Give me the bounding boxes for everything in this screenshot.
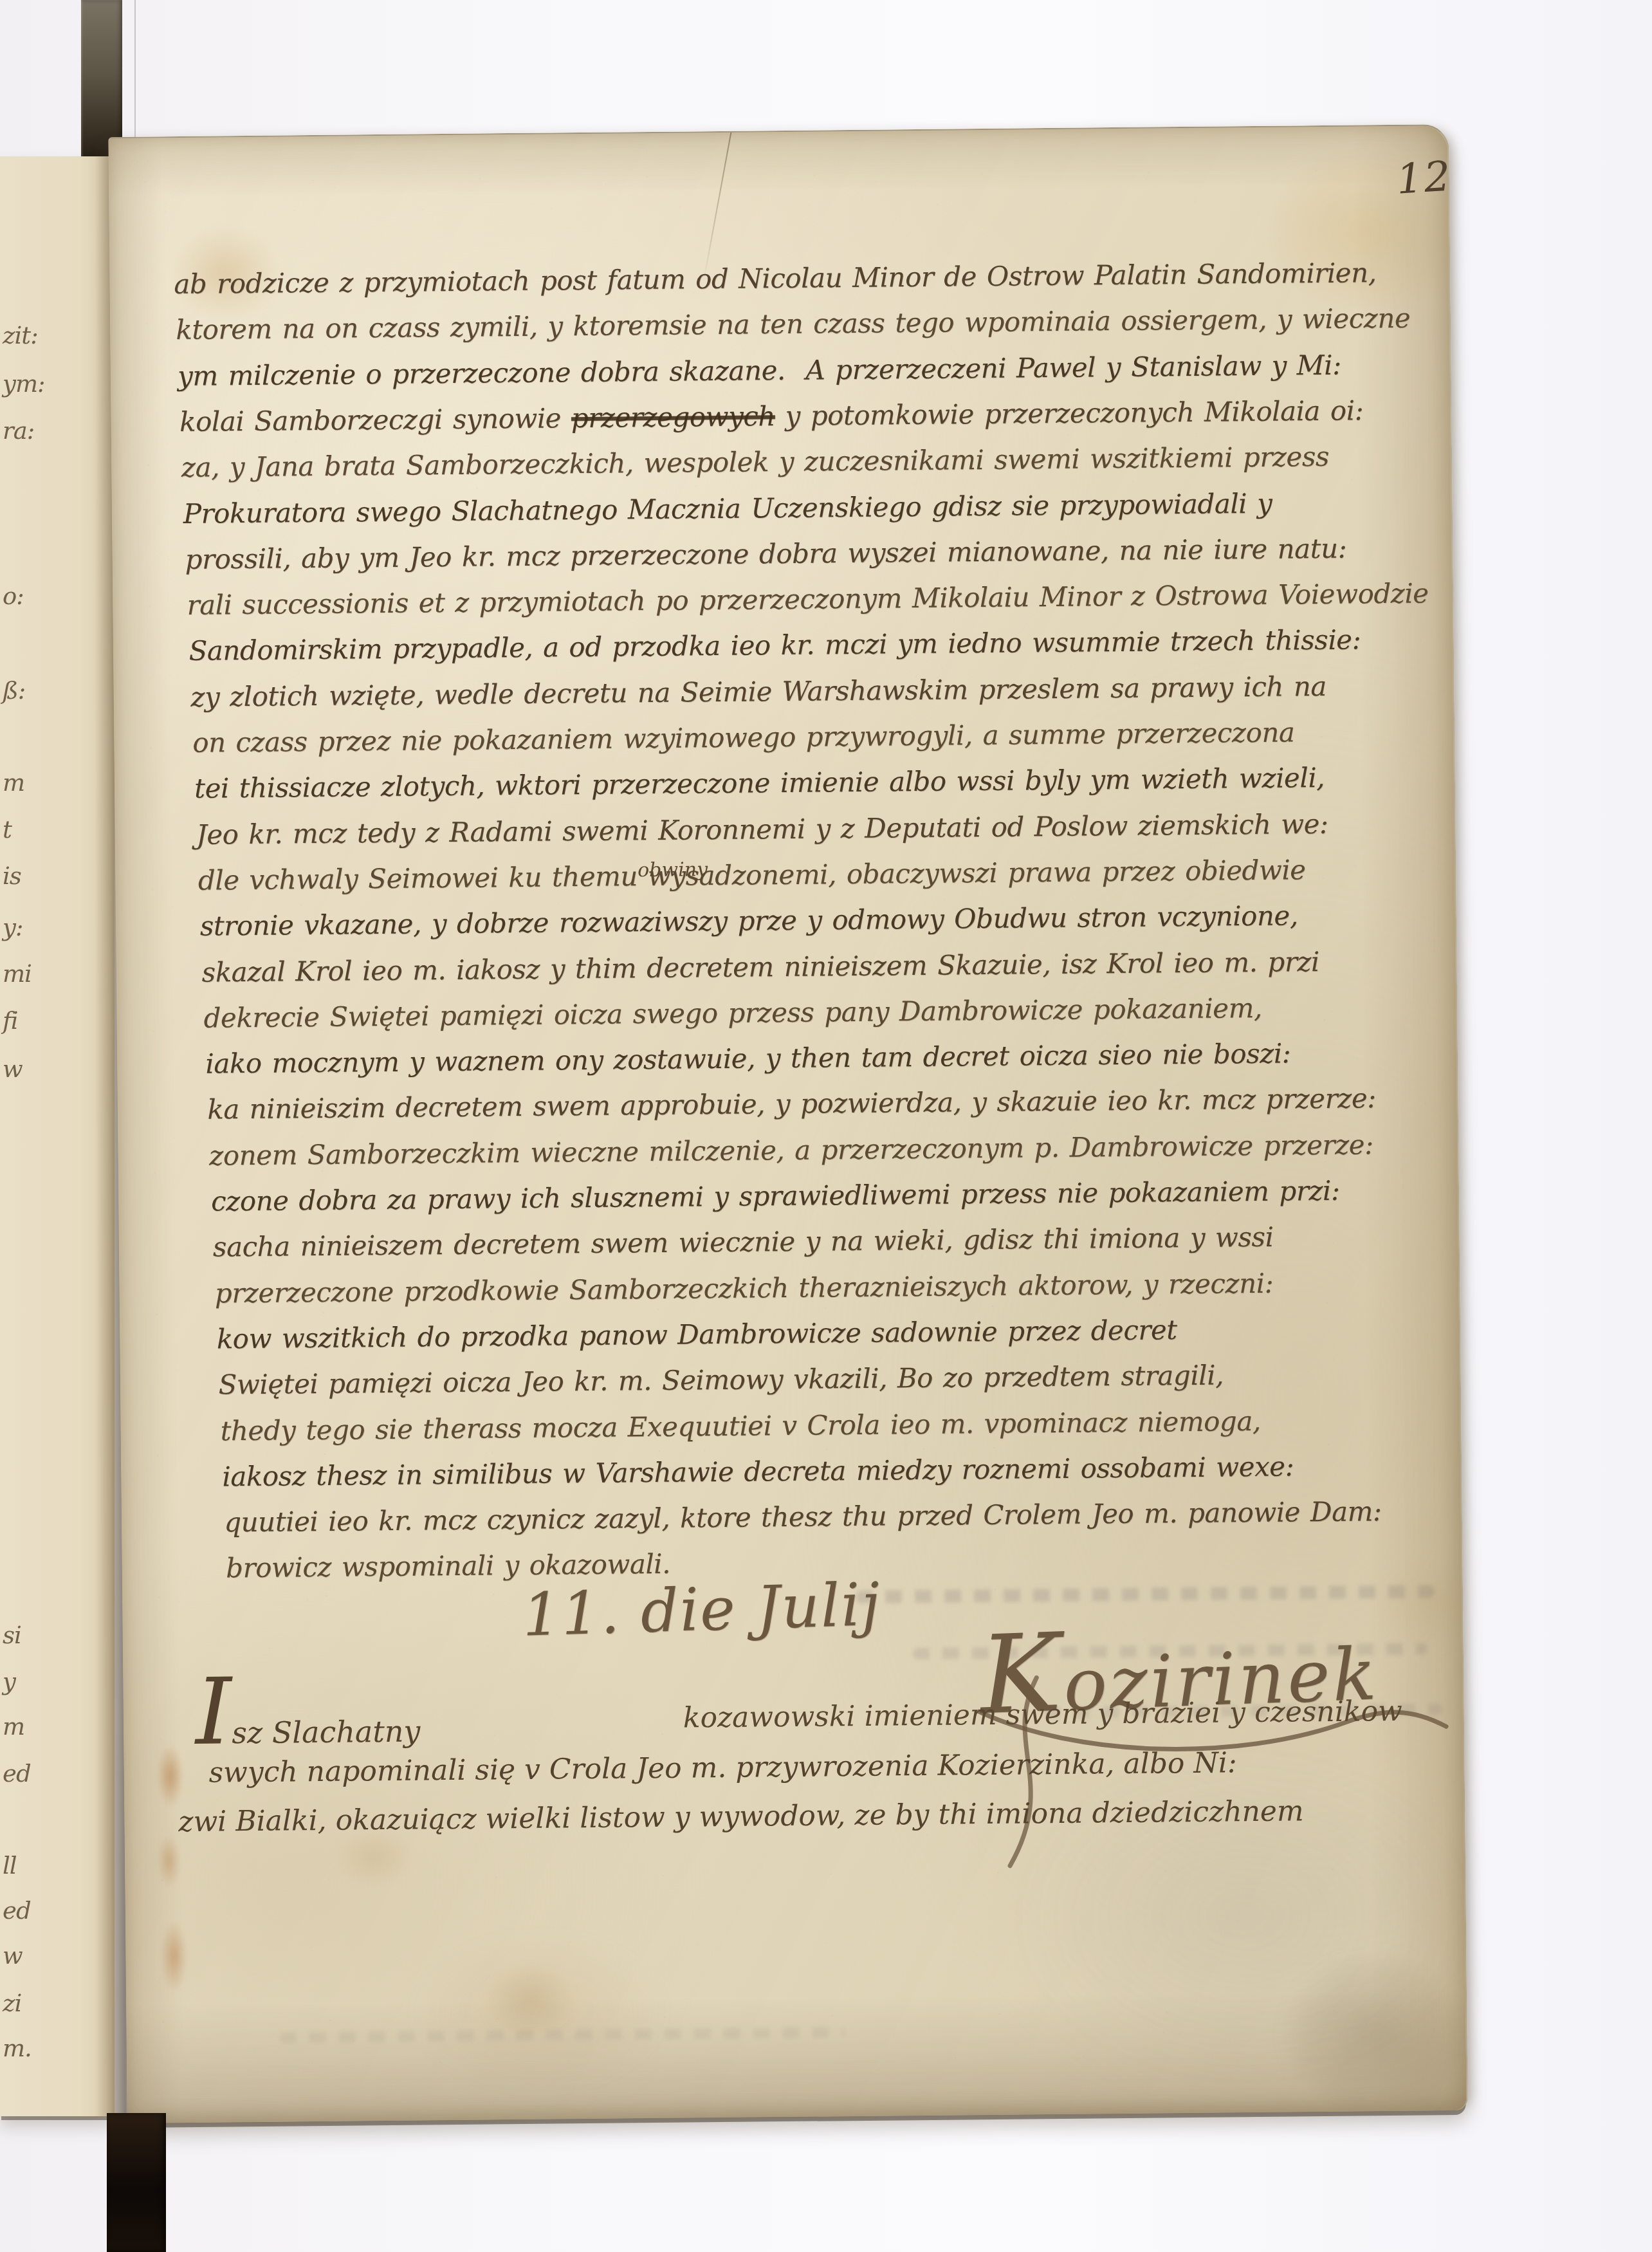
- closing-speaker: Isz Slachatny: [195, 1690, 420, 1751]
- facing-page-text-fragment: y: [3, 1668, 15, 1695]
- facing-page-text-fragment: is: [3, 862, 21, 890]
- facing-page-text-fragment: o:: [3, 582, 24, 610]
- facing-page-text-fragment: ed: [3, 1760, 31, 1787]
- manuscript-scan: zit:ym:ra:o:ß:mtisy:mifiwsiymedlledwzim.…: [0, 0, 1652, 2252]
- facing-page-text-fragment: w: [3, 1942, 23, 1970]
- facing-page-text-fragment: zit:: [3, 322, 38, 349]
- facing-page-text-fragment: ß:: [3, 677, 25, 705]
- interlinear-insertion: obwiny: [638, 858, 708, 881]
- facing-page-text-fragment: ed: [3, 1897, 31, 1924]
- book-spine-bottom: [107, 2113, 166, 2252]
- facing-page-text-fragment: m: [3, 769, 24, 797]
- backing-sheet-edge: [134, 0, 136, 158]
- facing-page-text-fragment: ra:: [3, 417, 34, 445]
- facing-page-text-fragment: fi: [3, 1007, 18, 1035]
- facing-page-text-fragment: m.: [3, 2035, 32, 2062]
- facing-page-text-fragment: zi: [3, 1989, 21, 2017]
- closing-speaker-continuation: kozawowski imieniem swem y braziei y cze…: [683, 1695, 1402, 1735]
- facing-page-text-fragment: m: [3, 1713, 24, 1740]
- facing-page-text-fragment: ll: [3, 1852, 17, 1879]
- struck-word: przerzegowych: [571, 400, 775, 434]
- facing-page-text-fragment: t: [3, 816, 12, 844]
- facing-page-text-fragment: si: [3, 1621, 21, 1649]
- facing-page-text-fragment: y:: [3, 914, 23, 941]
- facing-page-text-fragment: mi: [3, 960, 32, 988]
- manuscript-page: 12. ab rodzicze z przymiotach post fatum…: [108, 124, 1468, 2123]
- facing-page-text-fragment: w: [3, 1055, 23, 1083]
- date-heading: 11. die Julij: [522, 1570, 882, 1650]
- facing-page-text-fragment: ym:: [3, 370, 44, 398]
